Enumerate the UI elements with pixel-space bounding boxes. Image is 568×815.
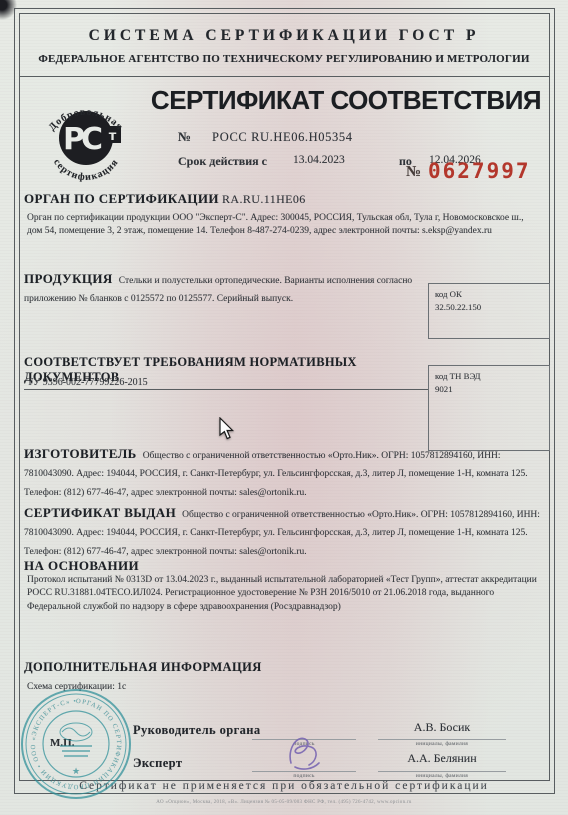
expert-name: А.А. Белянин [378, 751, 506, 766]
logo-letters: РС [63, 122, 102, 157]
reg-number-value: РОСС RU.HE06.H05354 [212, 130, 353, 145]
manufacturer-label: ИЗГОТОВИТЕЛЬ [24, 446, 137, 461]
certificate-page: СИСТЕМА СЕРТИФИКАЦИИ ГОСТ Р ФЕДЕРАЛЬНОЕ … [0, 0, 568, 815]
expert-role: Эксперт [133, 756, 182, 771]
header-divider [20, 76, 549, 77]
basis-text: Протокол испытаний № 0313D от 13.04.2023… [27, 574, 540, 614]
expert-name-line [378, 771, 506, 772]
tnved-code-label: код ТН ВЭД [435, 370, 543, 383]
expert-signature-scribble [283, 729, 329, 773]
org-section-label: ОРГАН ПО СЕРТИФИКАЦИИ [24, 191, 219, 207]
product-section: ПРОДУКЦИЯСтельки и полустельки ортопедич… [24, 270, 416, 307]
validity-label: Срок действия с [178, 154, 267, 169]
additional-label: ДОПОЛНИТЕЛЬНАЯ ИНФОРМАЦИЯ [24, 660, 262, 675]
blank-number-label: № [406, 164, 421, 181]
mouse-cursor-icon [218, 417, 238, 441]
head-name: А.В. Босик [378, 720, 506, 735]
issued-to-label: СЕРТИФИКАТ ВЫДАН [24, 505, 176, 520]
reg-number-label: № [178, 129, 191, 145]
expert-name-caption: инициалы, фамилия [378, 773, 506, 779]
head-name-caption: инициалы, фамилия [378, 741, 506, 747]
system-title: СИСТЕМА СЕРТИФИКАЦИИ ГОСТ Р [0, 27, 568, 45]
valid-from-date: 13.04.2023 [293, 154, 345, 166]
product-label: ПРОДУКЦИЯ [24, 271, 113, 286]
issued-to-section: СЕРТИФИКАТ ВЫДАНОбщество с ограниченной … [24, 504, 547, 559]
ok-code-value: 32.50.22.150 [435, 301, 543, 314]
doc-title: СЕРТИФИКАТ СООТВЕТСТВИЯ [145, 85, 547, 116]
ok-code-label: код ОК [435, 288, 543, 301]
tnved-code-box: код ТН ВЭД 9021 [428, 365, 550, 451]
org-text: Орган по сертификации продукции ООО "Экс… [27, 212, 532, 239]
head-name-line [378, 739, 506, 740]
org-code: RA.RU.11HE06 [222, 192, 306, 207]
agency-title: ФЕДЕРАЛЬНОЕ АГЕНТСТВО ПО ТЕХНИЧЕСКОМУ РЕ… [0, 53, 568, 65]
conformity-text: ТУ 9396-002-77799226-2015 [27, 376, 148, 390]
manufacturer-section: ИЗГОТОВИТЕЛЬОбщество с ограниченной отве… [24, 445, 547, 500]
blank-number-value: 0627997 [428, 159, 531, 183]
ok-code-box: код ОК 32.50.22.150 [428, 283, 550, 339]
head-role: Руководитель органа [133, 723, 261, 738]
expert-sign-caption: подпись [252, 773, 356, 779]
stamp-star-icon: ★ [72, 766, 80, 776]
tnved-code-value: 9021 [435, 383, 543, 396]
rst-logo-icon: РС т Добровольная сертификация [34, 84, 138, 186]
basis-label: НА ОСНОВАНИИ [24, 558, 139, 574]
round-stamp: ОРГАН ПО СЕРТИФИКАЦИИ ПРОДУКЦИИ • ООО «Э… [12, 682, 140, 808]
